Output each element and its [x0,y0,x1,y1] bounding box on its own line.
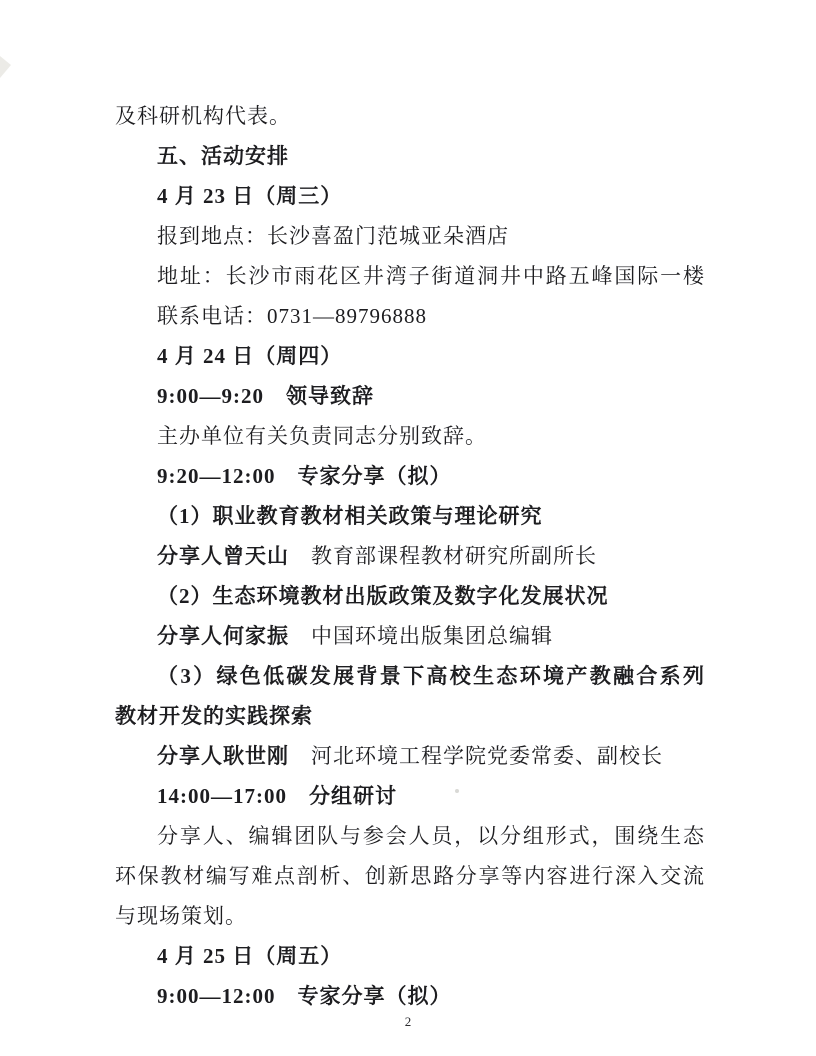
text-segment: 教育部课程教材研究所副所长 [289,544,597,568]
text-line: 与现场策划。 [115,896,705,936]
text-line: 4 月 23 日（周三） [115,176,705,216]
text-segment: 地址：长沙市雨花区井湾子街道洞井中路五峰国际一楼 [157,264,705,288]
text-line: 及科研机构代表。 [115,96,705,136]
text-line: 联系电话：0731—89796888 [115,296,705,336]
text-line: 教材开发的实践探索 [115,696,705,736]
text-segment: 河北环境工程学院党委常委、副校长 [289,744,663,768]
text-line: 五、活动安排 [115,136,705,176]
scan-artifact-streak [7,5,12,55]
text-line: （2）生态环境教材出版政策及数字化发展状况 [115,576,705,616]
text-segment: 报到地点：长沙喜盈门范城亚朵酒店 [157,224,509,248]
bold-text-segment: 分享人耿世刚 [157,744,289,768]
text-line: 9:00—12:00 专家分享（拟） [115,976,705,1016]
document-body: 及科研机构代表。五、活动安排4 月 23 日（周三）报到地点：长沙喜盈门范城亚朵… [115,96,705,1016]
bold-text-segment: 分享人曾天山 [157,544,289,568]
bold-text-segment: 9:20—12:00 专家分享（拟） [157,464,452,488]
text-segment: 环保教材编写难点剖析、创新思路分享等内容进行深入交流 [115,864,705,888]
text-line: 9:00—9:20 领导致辞 [115,376,705,416]
bold-text-segment: （2）生态环境教材出版政策及数字化发展状况 [157,584,609,608]
bold-text-segment: （1）职业教育教材相关政策与理论研究 [157,504,543,528]
text-segment: 中国环境出版集团总编辑 [289,624,553,648]
text-line: 环保教材编写难点剖析、创新思路分享等内容进行深入交流 [115,856,705,896]
text-line: 分享人、编辑团队与参会人员，以分组形式，围绕生态 [115,816,705,856]
text-segment: 主办单位有关负责同志分别致辞。 [157,424,487,448]
bold-text-segment: 9:00—12:00 专家分享（拟） [157,984,452,1008]
bold-text-segment: 4 月 23 日（周三） [157,184,342,208]
bold-text-segment: 14:00—17:00 分组研讨 [157,784,397,808]
bold-text-segment: 分享人何家振 [157,624,289,648]
text-segment: 联系电话：0731—89796888 [157,304,427,328]
bold-text-segment: 4 月 24 日（周四） [157,344,342,368]
text-line: 4 月 25 日（周五） [115,936,705,976]
text-line: 4 月 24 日（周四） [115,336,705,376]
text-line: 地址：长沙市雨花区井湾子街道洞井中路五峰国际一楼 [115,256,705,296]
scan-artifact-wedge [0,56,11,78]
text-line: 分享人何家振 中国环境出版集团总编辑 [115,616,705,656]
text-line: 主办单位有关负责同志分别致辞。 [115,416,705,456]
text-line: 9:20—12:00 专家分享（拟） [115,456,705,496]
bold-text-segment: （3）绿色低碳发展背景下高校生态环境产教融合系列 [157,664,705,688]
bold-text-segment: 五、活动安排 [157,144,289,168]
bold-text-segment: 教材开发的实践探索 [115,704,313,728]
text-segment: 分享人、编辑团队与参会人员，以分组形式，围绕生态 [157,824,705,848]
text-line: 分享人耿世刚 河北环境工程学院党委常委、副校长 [115,736,705,776]
text-line: 14:00—17:00 分组研讨 [115,776,705,816]
text-line: （1）职业教育教材相关政策与理论研究 [115,496,705,536]
text-line: （3）绿色低碳发展背景下高校生态环境产教融合系列 [115,656,705,696]
bold-text-segment: 4 月 25 日（周五） [157,944,342,968]
text-segment: 与现场策划。 [115,904,247,928]
text-line: 分享人曾天山 教育部课程教材研究所副所长 [115,536,705,576]
bold-text-segment: 9:00—9:20 领导致辞 [157,384,374,408]
text-segment: 及科研机构代表。 [115,104,291,128]
document-page: 及科研机构代表。五、活动安排4 月 23 日（周三）报到地点：长沙喜盈门范城亚朵… [0,0,816,1056]
text-line: 报到地点：长沙喜盈门范城亚朵酒店 [115,216,705,256]
page-number: 2 [0,1014,816,1030]
